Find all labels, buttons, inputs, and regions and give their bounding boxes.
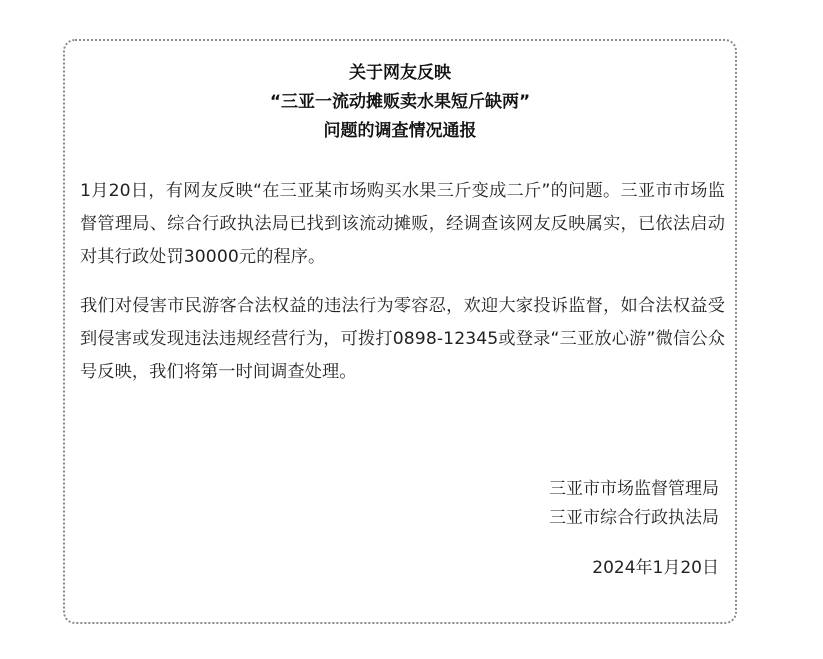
issue-date: 2024年1月20日	[592, 554, 719, 583]
paragraph-investigation: 1月20日，有网友反映“在三亚某市场购买水果三斤变成二斤”的问题。三亚市市场监督…	[80, 175, 725, 274]
paragraph-complaint-info: 我们对侵害市民游客合法权益的违法行为零容忍，欢迎大家投诉监督，如合法权益受到侵害…	[80, 290, 725, 389]
issuer-market-supervision: 三亚市市场监督管理局	[549, 475, 719, 504]
title-line-1: 关于网友反映	[65, 59, 735, 88]
issuer-law-enforcement: 三亚市综合行政执法局	[549, 504, 719, 533]
notice-title: 关于网友反映 “三亚一流动摊贩卖水果短斤缺两” 问题的调查情况通报	[65, 59, 735, 146]
title-line-3: 问题的调查情况通报	[65, 117, 735, 146]
notice-frame: 关于网友反映 “三亚一流动摊贩卖水果短斤缺两” 问题的调查情况通报 1月20日，…	[63, 39, 737, 624]
signature-block: 三亚市市场监督管理局 三亚市综合行政执法局	[549, 475, 719, 533]
title-line-2: “三亚一流动摊贩卖水果短斤缺两”	[65, 88, 735, 117]
